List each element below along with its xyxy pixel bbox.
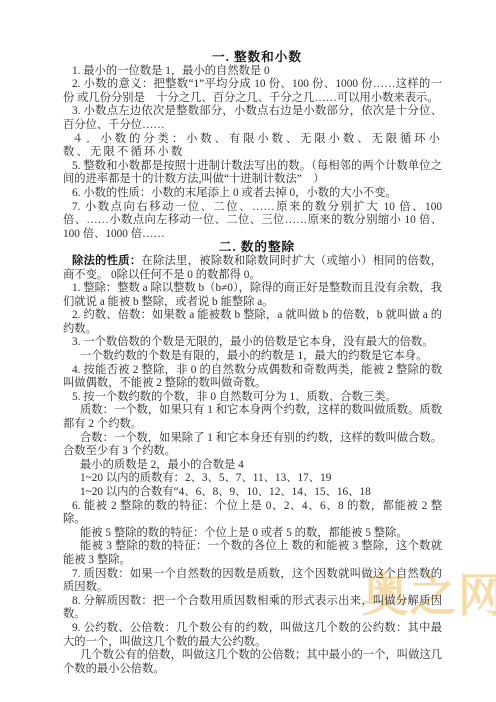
s1-item-4: ４．小数的分类：小数、有限小数、无限小数、无限循环小数、无限不循环小数 xyxy=(63,133,442,160)
s2-divisible-by-3: 能被 3 整除的数的特征：一个数的各位上 数的和能被 3 整除，这个数就能被 3… xyxy=(63,540,442,567)
s2-item-7: 7. 质因数：如果一个自然数的因数是质数，这个因数就叫做这个自然数的质因数。 xyxy=(63,568,442,595)
s2-composite-definition: 合数：一个数，如果除了 1 和它本身还有别的约数，这样的数叫做合数。合数至少有 … xyxy=(63,432,442,459)
s1-item-7: 7. 小数点向右移动一位、二位、……原来的数分别扩大 10 倍、100 倍、……… xyxy=(63,201,442,242)
s2-prime-definition: 质数：一个数，如果只有 1 和它本身两个约数，这样的数叫做质数。质数都有 2 个… xyxy=(63,404,442,431)
s2-item-1: 1. 整除：整数 a 除以整数 b（b≠0），除得的商正好是整数而且没有余数，我… xyxy=(63,282,442,309)
s2-smallest-prime-note: 最小的质数是 2，最小的合数是 4 xyxy=(63,459,442,473)
s2-item-6: 6. 能被 2 整除的数的特征：个位上是 0、2、4、6、8 的数，都能被 2 … xyxy=(63,500,442,527)
s1-item-5: 5. 整数和小数都是按照十进制计数法写出的数。（每相邻的两个计数单位之间的进率都… xyxy=(63,160,442,187)
paragraph-lead: 除法的性质： xyxy=(72,255,141,267)
s2-primes-within-20: 1~20 以内的质数有：2、3、5、7、11、13、17、19 xyxy=(63,472,442,486)
section-1-title: 一. 整数和小数 xyxy=(63,51,442,65)
s1-item-3: 3. 小数点左边依次是整数部分，小数点右边是小数部分，依次是十分位、百分位、千分… xyxy=(63,105,442,132)
s1-item-6: 6. 小数的性质：小数的末尾添上 0 或者去掉 0，小数的大小不变。 xyxy=(63,187,442,201)
s2-composites-within-20: 1~20 以内的合数有“4、6、8、9、10、12、14、15、16、18 xyxy=(63,486,442,500)
s2-item-9-note: 几个数公有的倍数，叫做这几个数的公倍数；其中最小的一个，叫做这几个数的最小公倍数… xyxy=(63,649,442,676)
s2-division-property: 除法的性质：在除法里，被除数和除数同时扩大（或缩小）相同的倍数，商不变。 0除以… xyxy=(63,255,442,282)
s2-item-8: 8. 分解质因数：把一个合数用质因数相乘的形式表示出来，叫做分解质因数。 xyxy=(63,595,442,622)
scanned-document-page: 奥之网 一. 整数和小数 1. 最小的一位数是 1，最小的自然数是 0 2. 小… xyxy=(0,0,496,702)
s2-item-5: 5. 按一个数约数的个数，非 0 自然数可分为 1、质数、合数三类。 xyxy=(63,391,442,405)
s2-item-2: 2. 约数、倍数：如果数 a 能被数 b 整除，a 就叫做 b 的倍数，b 就叫… xyxy=(63,309,442,336)
s2-item-3: 3. 一个数倍数的个数是无限的，最小的倍数是它本身，没有最大的倍数。 xyxy=(63,336,442,350)
s2-item-9: 9. 公约数、公倍数：几个数公有的约数，叫做这几个数的公约数：其中最大的一个，叫… xyxy=(63,622,442,649)
s2-divisible-by-5: 能被 5 整除的数的特征：个位上是 0 或者 5 的数，都能被 5 整除。 xyxy=(63,527,442,541)
s2-item-4: 4. 按能否被 2 整除，非 0 的自然数分成偶数和奇数两类，能被 2 整除的数… xyxy=(63,364,442,391)
s1-item-1: 1. 最小的一位数是 1，最小的自然数是 0 xyxy=(63,65,442,79)
document-content: 一. 整数和小数 1. 最小的一位数是 1，最小的自然数是 0 2. 小数的意义… xyxy=(63,51,442,676)
s2-item-3-note: 一个数约数的个数是有限的，最小的约数是 1，最大的约数是它本身。 xyxy=(63,350,442,364)
section-2-title: 二. 数的整除 xyxy=(63,241,442,255)
s1-item-2: 2. 小数的意义：把整数“1”平均分成 10 份、100 份、1000 份……这… xyxy=(63,78,442,105)
